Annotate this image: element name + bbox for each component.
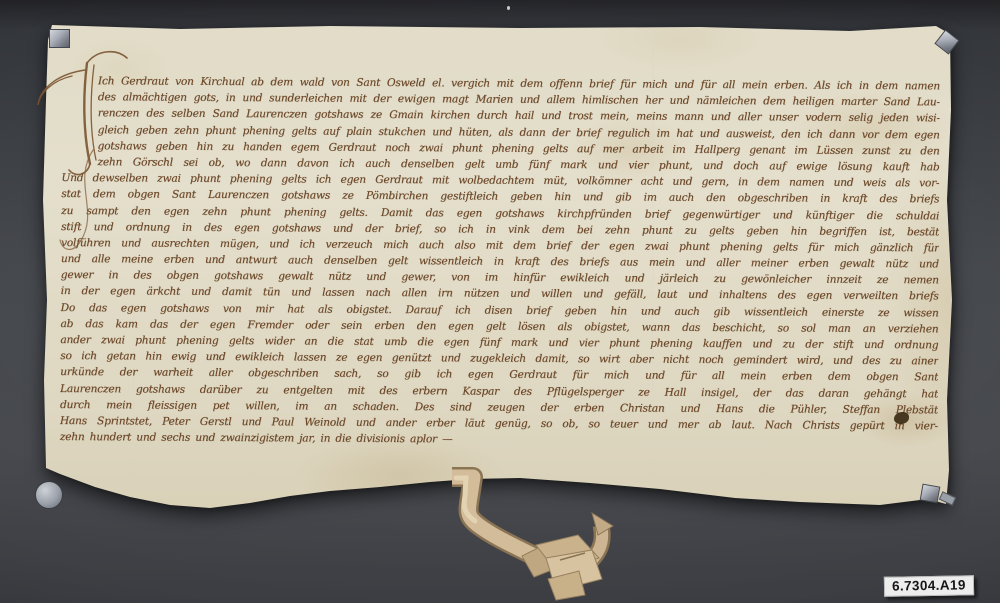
pin-bottom-right-icon [920, 484, 941, 504]
parchment-charter: Ich Gerdraut von Kirchual ab dem wald vo… [0, 0, 1000, 603]
parchment-wrapper: Ich Gerdraut von Kirchual ab dem wald vo… [0, 0, 1000, 603]
photo-background: Ich Gerdraut von Kirchual ab dem wald vo… [0, 0, 1000, 603]
archival-reference-text: 6.7304.A19 [892, 577, 966, 593]
pin-bottom-left-icon [35, 481, 63, 509]
manuscript-text-block: Ich Gerdraut von Kirchual ab dem wald vo… [60, 73, 940, 451]
archival-reference-label: 6.7304.A19 [884, 575, 974, 597]
pin-top-left-icon [49, 29, 70, 48]
